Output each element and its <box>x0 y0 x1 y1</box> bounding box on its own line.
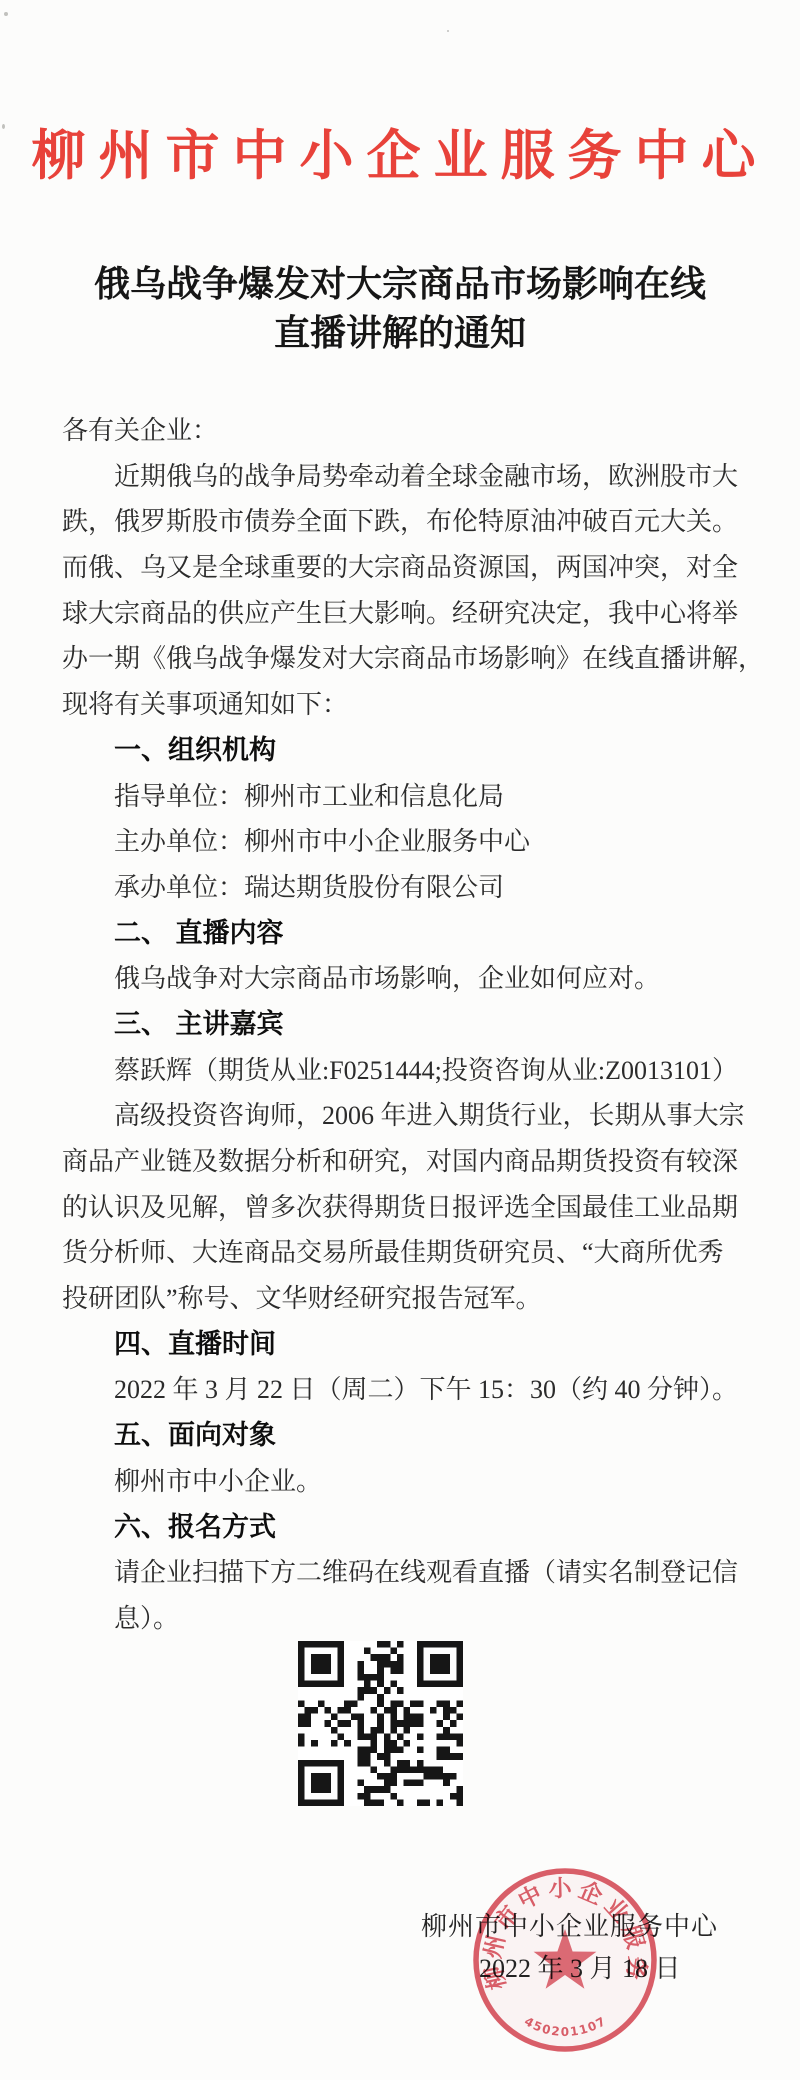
text-line: 投研团队”称号、文华财经研究报告冠军。 <box>62 1276 754 1322</box>
text-line: 办一期《俄乌战争爆发对大宗商品市场影响》在线直播讲解， <box>62 636 754 682</box>
scan-speck <box>4 12 8 16</box>
document-title-line1: 俄乌战争爆发对大宗商品市场影响在线 <box>0 260 800 309</box>
text-line: 近期俄乌的战争局势牵动着全球金融市场，欧洲股市大 <box>62 454 754 500</box>
scan-speck <box>447 30 449 32</box>
text-line: 而俄、乌又是全球重要的大宗商品资源国，两国冲突，对全 <box>62 545 754 591</box>
document-title-line2: 直播讲解的通知 <box>0 309 800 358</box>
letterhead-org-title: 柳州市中小企业服务中心 <box>0 126 800 186</box>
text-line: 2022 年 3 月 22 日（周二）下午 15：30（约 40 分钟）。 <box>62 1367 754 1413</box>
text-line: 指导单位：柳州市工业和信息化局 <box>62 774 754 820</box>
text-line: 俄乌战争对大宗商品市场影响，企业如何应对。 <box>62 956 754 1002</box>
text-line: 请企业扫描下方二维码在线观看直播（请实名制登记信 <box>62 1550 754 1596</box>
text-line: 现将有关事项通知如下： <box>62 682 754 728</box>
text-line: 息）。 <box>62 1596 754 1642</box>
notice-document: 柳州市中小企业服务中心 俄乌战争爆发对大宗商品市场影响在线 直播讲解的通知 各有… <box>0 0 800 2080</box>
section-heading: 四、直播时间 <box>62 1322 754 1368</box>
text-line: 主办单位：柳州市中小企业服务中心 <box>62 819 754 865</box>
official-red-seal-icon: 柳州市中小企业服务中心 4502011075855 <box>468 1863 662 2057</box>
text-line: 商品产业链及数据分析和研究，对国内商品期货投资有较深 <box>62 1139 754 1185</box>
document-title: 俄乌战争爆发对大宗商品市场影响在线 直播讲解的通知 <box>0 260 800 358</box>
text-line: 货分析师、大连商品交易所最佳期货研究员、“大商所优秀 <box>62 1230 754 1276</box>
registration-qr-code-icon <box>298 1641 463 1806</box>
text-line: 各有关企业： <box>62 408 754 454</box>
text-line: 球大宗商品的供应产生巨大影响。经研究决定，我中心将举 <box>62 591 754 637</box>
text-line: 跌，俄罗斯股市债券全面下跌，布伦特原油冲破百元大关。 <box>62 499 754 545</box>
section-heading: 二、 直播内容 <box>62 911 754 957</box>
section-heading: 一、组织机构 <box>62 728 754 774</box>
section-heading: 五、面向对象 <box>62 1413 754 1459</box>
text-line: 高级投资咨询师，2006 年进入期货行业，长期从事大宗 <box>62 1093 754 1139</box>
section-heading: 三、 主讲嘉宾 <box>62 1002 754 1048</box>
text-line: 承办单位：瑞达期货股份有限公司 <box>62 865 754 911</box>
text-line: 的认识及见解，曾多次获得期货日报评选全国最佳工业品期 <box>62 1185 754 1231</box>
notice-body: 各有关企业：近期俄乌的战争局势牵动着全球金融市场，欧洲股市大跌，俄罗斯股市债券全… <box>62 408 754 1642</box>
text-line: 蔡跃辉（期货从业:F0251444;投资咨询从业:Z0013101） <box>62 1048 754 1094</box>
text-line: 柳州市中小企业。 <box>62 1459 754 1505</box>
section-heading: 六、报名方式 <box>62 1505 754 1551</box>
